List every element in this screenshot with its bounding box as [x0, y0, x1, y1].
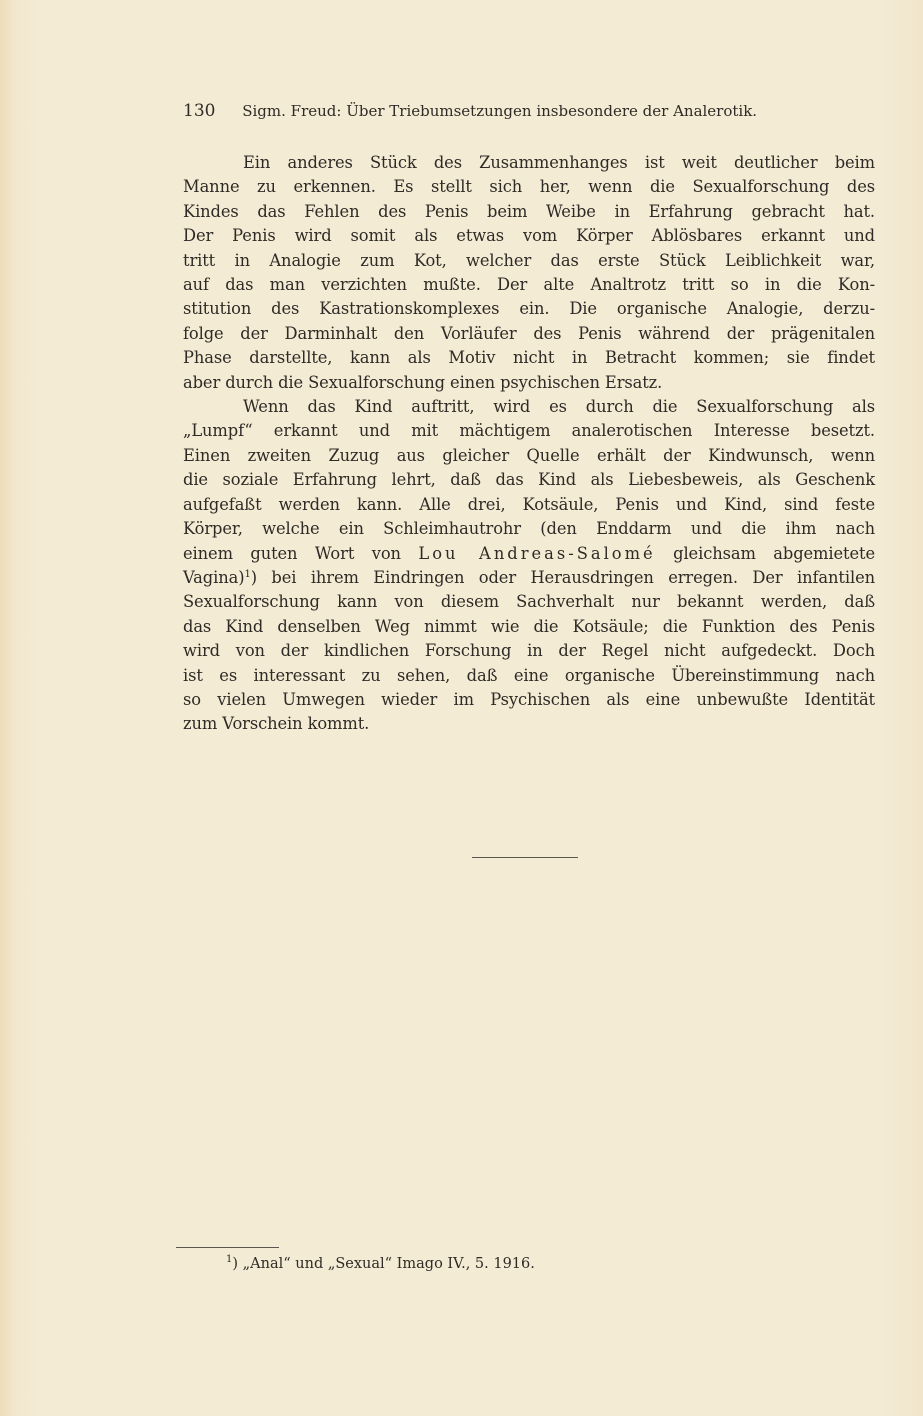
text-line: Sexualforschung kann von diesem Sachverh… [183, 590, 875, 614]
text-line: Vagina)1) bei ihrem Eindringen oder Hera… [183, 566, 875, 590]
text-line: Wenn das Kind auftritt, wird es durch di… [183, 395, 875, 419]
text-line: Der Penis wird somit als etwas vom Körpe… [183, 224, 875, 248]
text-line: Ein anderes Stück des Zusammenhanges ist… [183, 151, 875, 175]
paragraph-1: Ein anderes Stück des Zusammenhanges ist… [183, 151, 875, 395]
text-line: Einen zweiten Zuzug aus gleicher Quelle … [183, 444, 875, 468]
text-line: auf das man verzichten mußte. Der alte A… [183, 273, 875, 297]
text-line: tritt in Analogie zum Kot, welcher das e… [183, 249, 875, 273]
text-line: die soziale Erfahrung lehrt, daß das Kin… [183, 468, 875, 492]
text-fragment: einem guten Wort von [183, 544, 418, 563]
text-line: folge der Darminhalt den Vorläufer des P… [183, 322, 875, 346]
text-line: Körper, welche ein Schleimhautrohr (den … [183, 517, 875, 541]
text-line: das Kind denselben Weg nimmt wie die Kot… [183, 615, 875, 639]
text-line: Manne zu erkennen. Es stellt sich her, w… [183, 175, 875, 199]
page-number: 130 [183, 101, 215, 121]
text-line: Phase darstellte, kann als Motiv nicht i… [183, 346, 875, 370]
running-title: Sigm. Freud: Über Triebumsetzungen insbe… [242, 102, 757, 120]
text-line: stitution des Kastrationskomplexes ein. … [183, 297, 875, 321]
section-end-rule [472, 857, 578, 858]
text-fragment: ) bei ihrem Eindringen oder Herausdringe… [251, 568, 875, 587]
text-line: aufgefaßt werden kann. Alle drei, Kotsäu… [183, 493, 875, 517]
text-fragment: Vagina) [183, 568, 244, 587]
text-line: ist es interessant zu sehen, daß eine or… [183, 664, 875, 688]
text-line: aber durch die Sexualforschung einen psy… [183, 371, 875, 395]
text-line: zum Vorschein kommt. [183, 712, 875, 736]
book-page: 130 Sigm. Freud: Über Triebumsetzungen i… [0, 0, 923, 1416]
running-header: 130 Sigm. Freud: Über Triebumsetzungen i… [183, 101, 843, 121]
footnote: 1) „Anal“ und „Sexual“ Imago IV., 5. 191… [226, 1256, 535, 1272]
body-text: Ein anderes Stück des Zusammenhanges ist… [183, 151, 875, 737]
paragraph-2: Wenn das Kind auftritt, wird es durch di… [183, 395, 875, 737]
text-line: Kindes das Fehlen des Penis beim Weibe i… [183, 200, 875, 224]
text-line: wird von der kindlichen Forschung in der… [183, 639, 875, 663]
text-line: „Lumpf“ erkannt und mit mächtigem analer… [183, 419, 875, 443]
person-name: Lou Andreas-Salomé [418, 544, 655, 563]
text-line: einem guten Wort von Lou Andreas-Salomé … [183, 542, 875, 566]
footnote-text: ) „Anal“ und „Sexual“ Imago IV., 5. 1916… [232, 1256, 535, 1272]
footnote-separator [176, 1247, 279, 1248]
text-line: so vielen Umwegen wieder im Psychischen … [183, 688, 875, 712]
text-fragment: gleichsam abgemietete [656, 544, 875, 563]
